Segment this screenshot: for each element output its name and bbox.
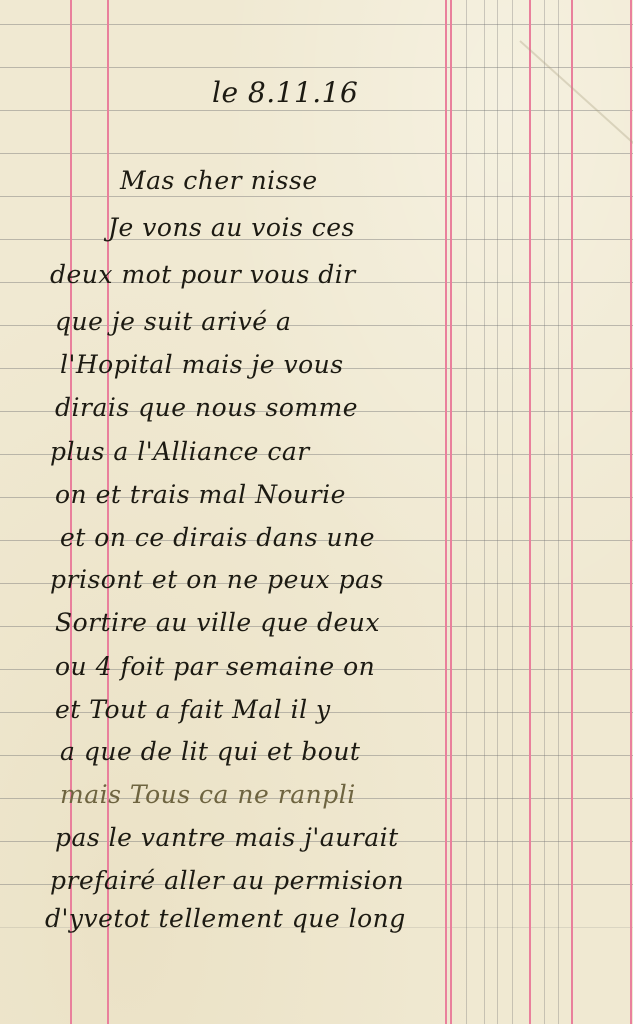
body-line: pas le vantre mais j'aurait [55,823,399,852]
body-line: a que de lit qui et bout [60,737,360,766]
letter-date: le 8.11.16 [212,76,358,109]
rule-line [0,110,633,111]
column-line [512,0,513,1024]
margin-line [529,0,531,1024]
body-line: ou 4 foit par semaine on [55,652,375,681]
column-line [466,0,467,1024]
rule-line [0,196,633,197]
margin-line [571,0,573,1024]
body-line: plus a l'Alliance car [50,437,310,466]
body-line: dirais que nous somme [55,393,358,422]
body-line: on et trais mal Nourie [55,480,346,509]
body-line: d'yvetot tellement que long [45,904,406,933]
column-line [497,0,498,1024]
body-line: l'Hopital mais je vous [60,350,344,379]
margin-line [450,0,452,1024]
body-line: mais Tous ca ne ranpli [60,780,356,809]
rule-line [0,153,633,154]
body-line: Je vons au vois ces [108,213,355,242]
column-line [484,0,485,1024]
paper-crease [519,40,633,149]
letter-salutation: Mas cher nisse [120,166,318,195]
margin-line [445,0,447,1024]
letter-page: le 8.11.16 Mas cher nisse Je vons au voi… [0,0,633,1024]
column-line [558,0,559,1024]
body-line: Sortire au ville que deux [55,608,380,637]
body-line: deux mot pour vous dir [50,260,356,289]
body-line: et Tout a fait Mal il y [55,695,331,724]
body-line: que je suit arivé a [55,307,291,336]
body-line: et on ce dirais dans une [60,523,375,552]
body-line: prefairé aller au permision [50,866,404,895]
rule-line [0,24,633,25]
body-line: prisont et on ne peux pas [50,565,384,594]
column-line [544,0,545,1024]
rule-line [0,67,633,68]
margin-line [630,0,632,1024]
